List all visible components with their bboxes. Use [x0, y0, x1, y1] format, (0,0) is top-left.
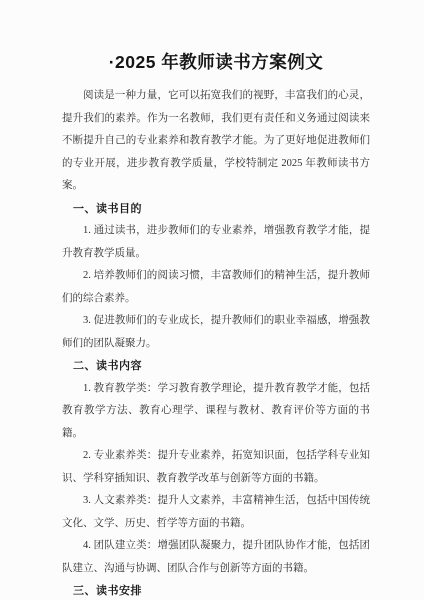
document-page: ·2025 年教师读书方案例文 阅读是一种力量，它可以拓宽我们的视野，丰富我们的… [0, 0, 424, 600]
paragraph: 1. 通过读书，进步教师们的专业素养，增强教育教学才能，提升教育教学质量。 [62, 220, 370, 265]
paragraph: 3. 人文素养类：提升人文素养，丰富精神生活，包括中国传统文化、文学、历史、哲学… [62, 490, 370, 535]
paragraph: 3. 促进教师们的专业成长，提升教师们的职业幸福感，增强教师们的团队凝聚力。 [62, 310, 370, 355]
paragraph: 阅读是一种力量，它可以拓宽我们的视野，丰富我们的心灵，提升我们的素养。作为一名教… [62, 85, 370, 198]
section-heading: 三、读书安排 [62, 580, 370, 600]
paragraph: 2. 专业素养类：提升专业素养，拓宽知识面，包括学科专业知识、学科穿插知识、教育… [62, 445, 370, 490]
section-heading: 一、读书目的 [62, 198, 370, 221]
paragraph: 2. 培养教师们的阅读习惯，丰富教师们的精神生活，提升教师们的综合素养。 [62, 265, 370, 310]
page-title: ·2025 年教师读书方案例文 [62, 49, 370, 75]
document-body: 阅读是一种力量，它可以拓宽我们的视野，丰富我们的心灵，提升我们的素养。作为一名教… [62, 85, 370, 600]
paragraph: 4. 团队建立类：增强团队凝聚力，提升团队协作才能，包括团队建立、沟通与协调、团… [62, 535, 370, 580]
section-heading: 二、读书内容 [62, 355, 370, 378]
paragraph: 1. 教育教学类：学习教育教学理论，提升教育教学才能，包括教育教学方法、教育心理… [62, 378, 370, 446]
